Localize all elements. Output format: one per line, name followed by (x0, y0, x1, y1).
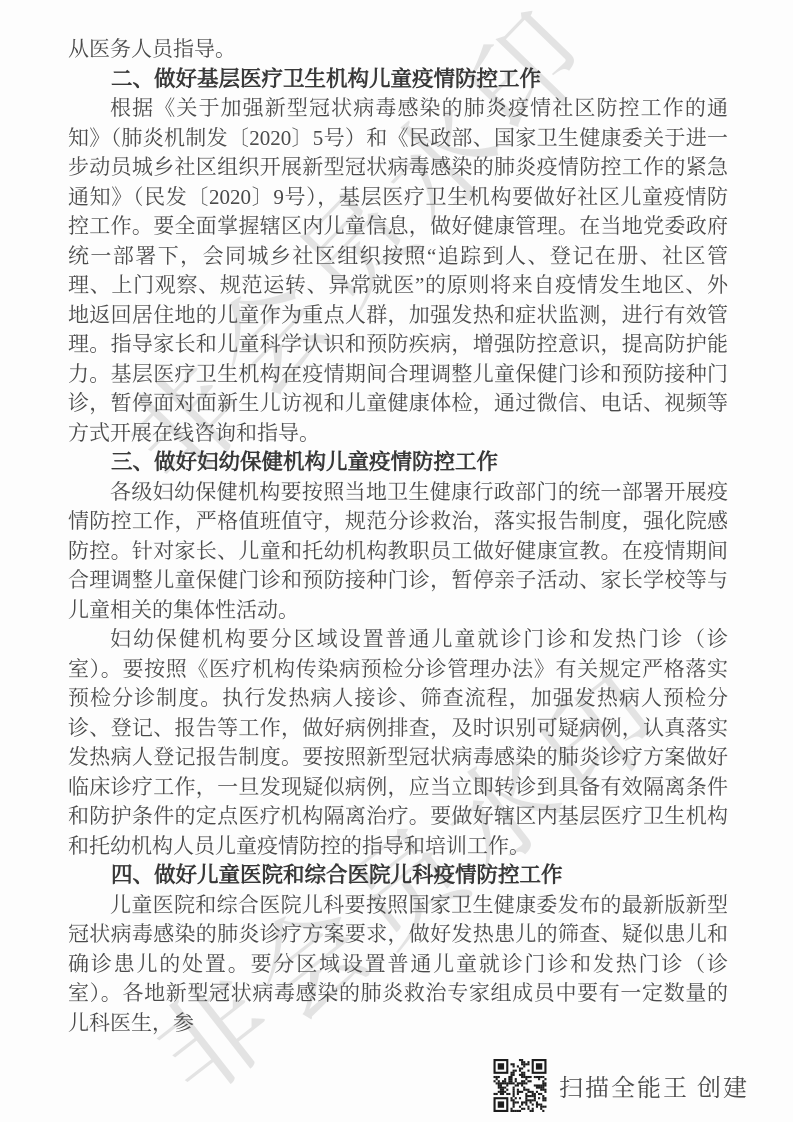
qr-label: 扫描全能王 创建 (559, 1068, 749, 1103)
document-body: 从医务人员指导。 二、做好基层医疗卫生机构儿童疫情防控工作 根据《关于加强新型冠… (68, 35, 728, 1038)
document-page: 非会员水印 非会员水印 从医务人员指导。 二、做好基层医疗卫生机构儿童疫情防控工… (0, 0, 793, 1122)
camscanner-attribution: 扫描全能王 创建 (492, 1059, 749, 1112)
qr-code-icon (492, 1059, 548, 1112)
section-4-paragraph-1: 儿童医院和综合医院儿科要按照国家卫生健康委发布的最新版新型冠状病毒感染的肺炎诊疗… (68, 891, 728, 1039)
continuation-line: 从医务人员指导。 (68, 35, 728, 65)
section-4-heading: 四、做好儿童医院和综合医院儿科疫情防控工作 (68, 861, 728, 891)
section-2-heading: 二、做好基层医疗卫生机构儿童疫情防控工作 (68, 65, 728, 95)
section-2-paragraph-1: 根据《关于加强新型冠状病毒感染的肺炎疫情社区防控工作的通知》（肺炎机制发〔202… (68, 94, 728, 448)
section-3-paragraph-2: 妇幼保健机构要分区域设置普通儿童就诊门诊和发热门诊（诊室）。要按照《医疗机构传染… (68, 625, 728, 861)
section-3-paragraph-1: 各级妇幼保健机构要按照当地卫生健康行政部门的统一部署开展疫情防控工作，严格值班值… (68, 478, 728, 626)
section-3-heading: 三、做好妇幼保健机构儿童疫情防控工作 (68, 448, 728, 478)
